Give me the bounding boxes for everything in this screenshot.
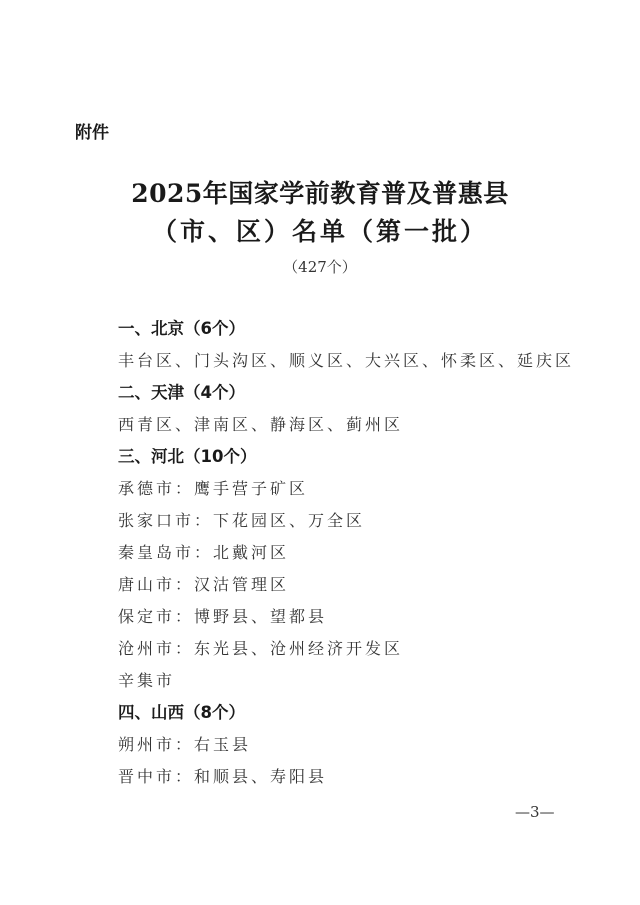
section-heading-shanxi: 四、山西（8个） bbox=[118, 697, 574, 729]
list-item: 西青区、津南区、静海区、蓟州区 bbox=[118, 409, 574, 441]
section-heading-beijing: 一、北京（6个） bbox=[118, 313, 574, 345]
document-title-line-2: （市、区）名单（第一批） bbox=[0, 212, 640, 248]
section-heading-tianjin: 二、天津（4个） bbox=[118, 377, 574, 409]
list-item: 张家口市：下花园区、万全区 bbox=[118, 505, 574, 537]
total-count: （427个） bbox=[0, 256, 640, 277]
list-item: 承德市：鹰手营子矿区 bbox=[118, 473, 574, 505]
list-item: 丰台区、门头沟区、顺义区、大兴区、怀柔区、延庆区 bbox=[118, 345, 574, 377]
page-number: —3— bbox=[515, 803, 555, 821]
list-item: 秦皇岛市：北戴河区 bbox=[118, 537, 574, 569]
document-title-line-1: 2025年国家学前教育普及普惠县 bbox=[0, 174, 640, 210]
list-item: 朔州市：右玉县 bbox=[118, 729, 574, 761]
list-item: 辛集市 bbox=[118, 665, 574, 697]
region-list: 一、北京（6个） 丰台区、门头沟区、顺义区、大兴区、怀柔区、延庆区 二、天津（4… bbox=[118, 313, 574, 793]
section-heading-hebei: 三、河北（10个） bbox=[118, 441, 574, 473]
attachment-label: 附件 bbox=[75, 118, 109, 143]
list-item: 沧州市：东光县、沧州经济开发区 bbox=[118, 633, 574, 665]
list-item: 保定市：博野县、望都县 bbox=[118, 601, 574, 633]
list-item: 晋中市：和顺县、寿阳县 bbox=[118, 761, 574, 793]
list-item: 唐山市：汉沽管理区 bbox=[118, 569, 574, 601]
